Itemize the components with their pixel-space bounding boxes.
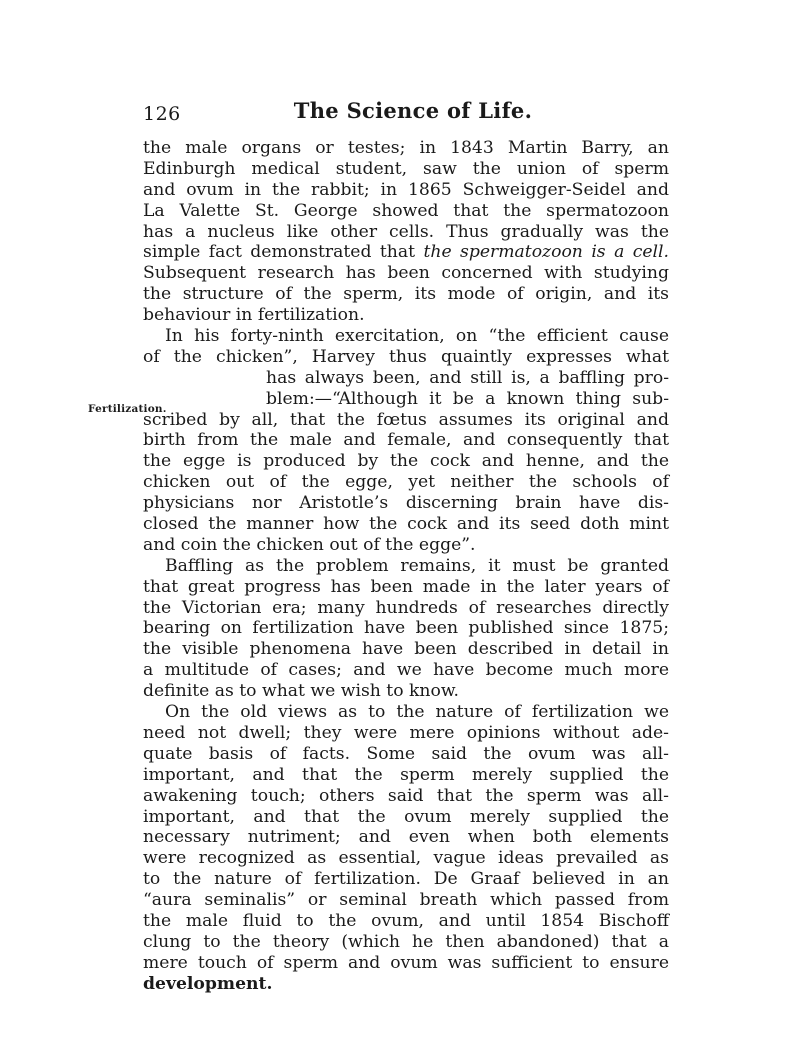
text-line: awakening touch; others said that the sp…: [143, 786, 669, 807]
text-line: were recognized as essential, vague idea…: [143, 848, 669, 869]
paragraph-end-line: and coin the chicken out of the egge”.: [143, 535, 669, 556]
text-line: the structure of the sperm, its mode of …: [143, 284, 669, 305]
text-line: clung to the theory (which he then aband…: [143, 932, 669, 953]
paragraph-start-line: In his forty-ninth exercitation, on “the…: [143, 326, 669, 347]
text-line: need not dwell; they were mere opinions …: [143, 723, 669, 744]
text-line-beside-note: blem:—“Although it be a known thing sub-: [143, 389, 669, 410]
text-line: the visible phenomena have been describe…: [143, 639, 669, 660]
text-line: Subsequent research has been concerned w…: [143, 263, 669, 284]
text-line: bearing on fertilization have been publi…: [143, 618, 669, 639]
paragraph-end-line: development.: [143, 974, 669, 995]
text-line: the Victorian era; many hundreds of rese…: [143, 598, 669, 619]
body-text: the male organs or testes; in 1843 Marti…: [143, 138, 669, 995]
text-line: a multitude of cases; and we have become…: [143, 660, 669, 681]
text-line: that great progress has been made in the…: [143, 577, 669, 598]
paragraph-end-line: behaviour in fertilization.: [143, 305, 669, 326]
text-line: has a nucleus like other cells. Thus gra…: [143, 222, 669, 243]
running-title: The Science of Life.: [0, 98, 800, 123]
text-line-with-italic: simple fact demonstrated that the sperma…: [143, 242, 669, 263]
paragraph-end-line: definite as to what we wish to know.: [143, 681, 669, 702]
book-page: 126 The Science of Life. Fertilization. …: [0, 0, 800, 1050]
text-line: the male fluid to the ovum, and until 18…: [143, 911, 669, 932]
text-line: scribed by all, that the fœtus assumes i…: [143, 410, 669, 431]
text-line: closed the manner how the cock and its s…: [143, 514, 669, 535]
paragraph-start-line: On the old views as to the nature of fer…: [143, 702, 669, 723]
text-line: birth from the male and female, and cons…: [143, 430, 669, 451]
text-line: “aura seminalis” or seminal breath which…: [143, 890, 669, 911]
text-line: Edinburgh medical student, saw the union…: [143, 159, 669, 180]
text-line: important, and that the ovum merely supp…: [143, 807, 669, 828]
text-line: chicken out of the egge, yet neither the…: [143, 472, 669, 493]
italic-emphasis: the spermatozoon is a cell.: [423, 242, 669, 262]
text-line: the male organs or testes; in 1843 Marti…: [143, 138, 669, 159]
text-line: of the chicken”, Harvey thus quaintly ex…: [143, 347, 669, 368]
text-line: La Valette St. George showed that the sp…: [143, 201, 669, 222]
paragraph-start-line: Baffling as the problem remains, it must…: [143, 556, 669, 577]
text-line: physicians nor Aristotle’s discerning br…: [143, 493, 669, 514]
text-line: and ovum in the rabbit; in 1865 Schweigg…: [143, 180, 669, 201]
text-line: quate basis of facts. Some said the ovum…: [143, 744, 669, 765]
text-line: important, and that the sperm merely sup…: [143, 765, 669, 786]
text-line: the egge is produced by the cock and hen…: [143, 451, 669, 472]
text-line: mere touch of sperm and ovum was suffici…: [143, 953, 669, 974]
text-line: to the nature of fertilization. De Graaf…: [143, 869, 669, 890]
text-line: necessary nutriment; and even when both …: [143, 827, 669, 848]
text-line-beside-note: has always been, and still is, a bafflin…: [143, 368, 669, 389]
